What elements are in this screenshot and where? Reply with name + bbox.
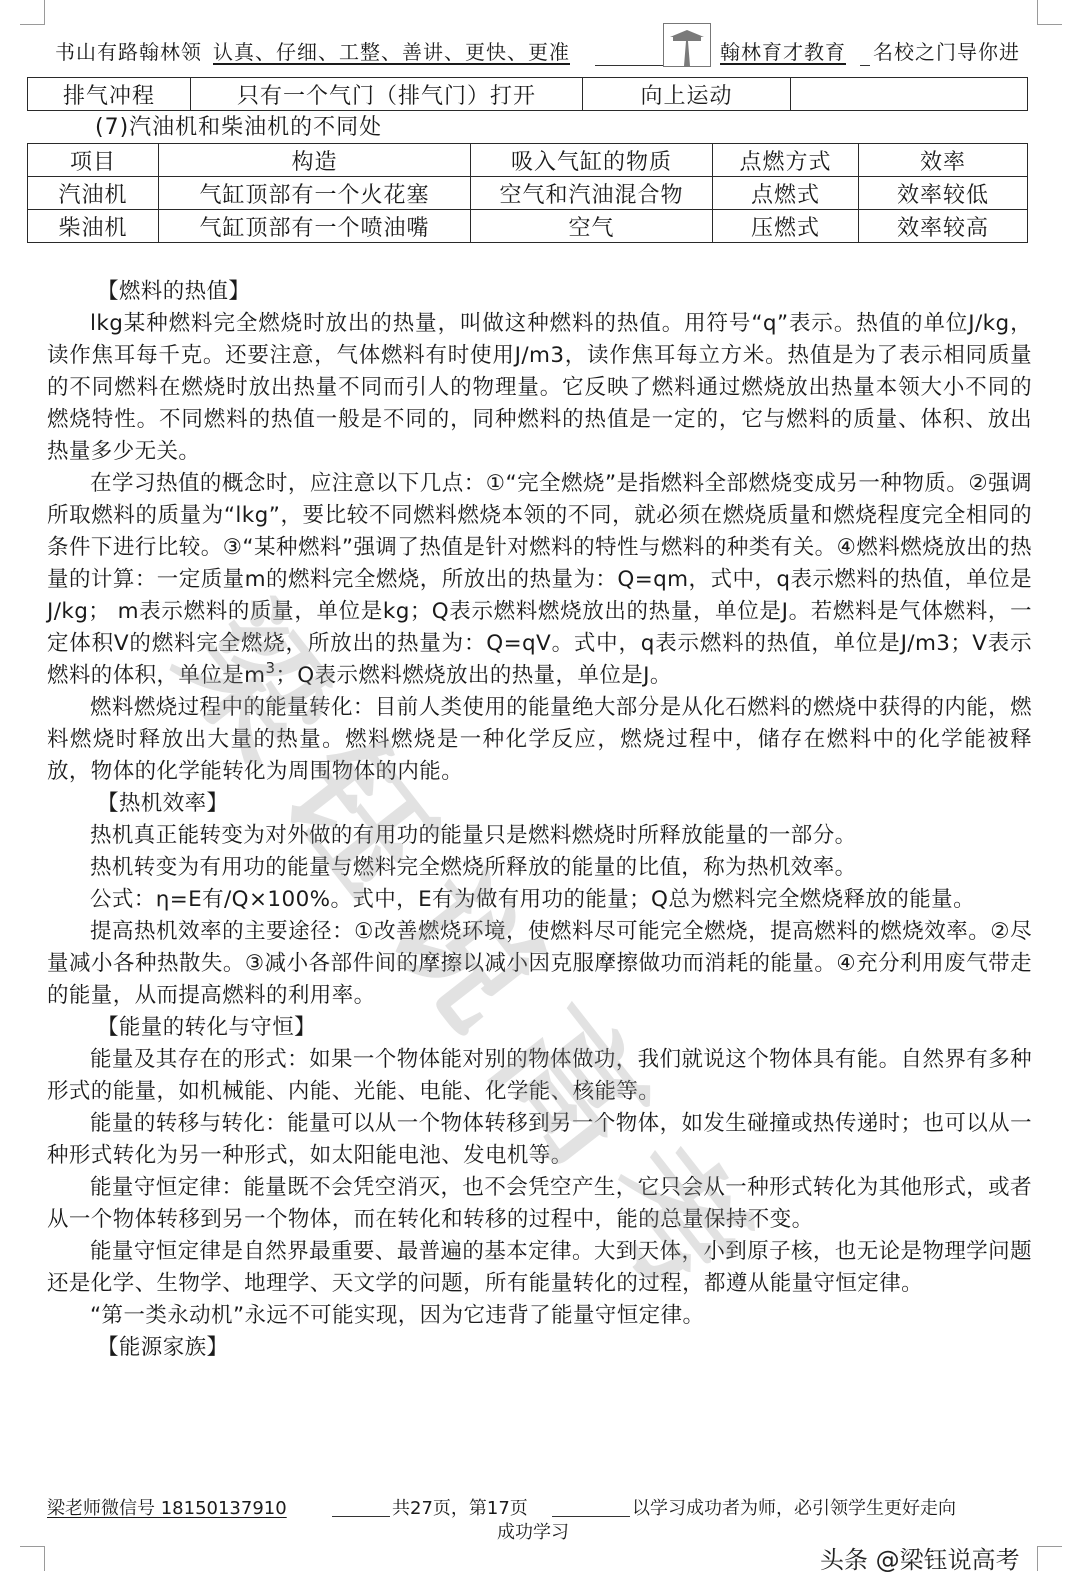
paragraph: “第一类永动机”永远不可能实现，因为它违背了能量守恒定律。 xyxy=(47,1300,1032,1332)
page-corner-mark xyxy=(1037,1546,1062,1571)
header-underline xyxy=(595,65,663,66)
section-heading-energy-family: 【能源家族】 xyxy=(47,1332,1032,1364)
section-heading-conservation: 【能量的转化与守恒】 xyxy=(47,1012,1032,1044)
section-heading-efficiency: 【热机效率】 xyxy=(47,788,1032,820)
paragraph: 热机真正能转变为对外做的有用功的能量只是燃料燃烧时所释放能量的一部分。 xyxy=(47,820,1032,852)
table-cell: 汽油机 xyxy=(28,177,159,210)
table-row: 排气冲程 只有一个气门（排气门）打开 向上运动 xyxy=(28,78,1028,111)
table-cell: 排气冲程 xyxy=(28,78,191,111)
footer-underline xyxy=(332,1516,390,1517)
column-header: 项目 xyxy=(28,144,159,177)
column-header: 吸入气缸的物质 xyxy=(471,144,713,177)
paragraph: 能量守恒定律是自然界最重要、最普遍的基本定律。大到天体，小到原子核，也无论是物理… xyxy=(47,1236,1032,1300)
table-cell: 效率较高 xyxy=(859,210,1028,243)
graduation-cap-icon xyxy=(663,23,711,67)
table-cell: 气缸顶部有一个火花塞 xyxy=(159,177,471,210)
table-cell: 点燃式 xyxy=(713,177,859,210)
header-left-text: 书山有路翰林领 xyxy=(55,36,202,65)
exhaust-stroke-table: 排气冲程 只有一个气门（排气门）打开 向上运动 xyxy=(27,77,1028,111)
table-cell: 只有一个气门（排气门）打开 xyxy=(191,78,583,111)
document-body: 【燃料的热值】 lkg某种燃料完全燃烧时放出的热量，叫做这种燃料的热值。用符号“… xyxy=(47,276,1032,1364)
table-cell: 空气 xyxy=(471,210,713,243)
watermark-credit: 头条 @梁钰说高考 xyxy=(820,1540,1020,1575)
section-heading-heat-value: 【燃料的热值】 xyxy=(47,276,1032,308)
footer-slogan: 以学习成功者为师，必引领学生更好走向 xyxy=(632,1494,956,1520)
table-row: 柴油机 气缸顶部有一个喷油嘴 空气 压燃式 效率较高 xyxy=(28,210,1028,243)
paragraph: 提高热机效率的主要途径：①改善燃烧环境，使燃料尽可能完全燃烧，提高燃料的燃烧效率… xyxy=(47,916,1032,1012)
table-cell: 气缸顶部有一个喷油嘴 xyxy=(159,210,471,243)
header-brand: 翰林育才教育 xyxy=(720,36,846,65)
table-cell: 柴油机 xyxy=(28,210,159,243)
column-header: 点燃方式 xyxy=(713,144,859,177)
section-subtitle: (7)汽油机和柴油机的不同处 xyxy=(95,110,382,141)
page-corner-mark xyxy=(20,1546,45,1571)
table-cell: 压燃式 xyxy=(713,210,859,243)
footer-slogan-continued: 成功学习 xyxy=(497,1518,569,1544)
page-corner-mark xyxy=(20,0,45,25)
footer-page-info: 共27页，第17页 xyxy=(392,1494,528,1520)
table-header-row: 项目 构造 吸入气缸的物质 点燃方式 效率 xyxy=(28,144,1028,177)
page-header: 书山有路翰林领 认真、仔细、工整、善讲、更快、更准 翰林育才教育 名校之门导你进 xyxy=(55,36,1035,68)
header-underline xyxy=(860,65,870,66)
paragraph: 公式：η=E有/Q×100%。式中，E有为做有用功的能量；Q总为燃料完全燃烧释放… xyxy=(47,884,1032,916)
paragraph: lkg某种燃料完全燃烧时放出的热量，叫做这种燃料的热值。用符号“q”表示。热值的… xyxy=(47,308,1032,468)
paragraph: 在学习热值的概念时，应注意以下几点：①“完全燃烧”是指燃料全部燃烧变成另一种物质… xyxy=(47,468,1032,692)
header-slogan: 名校之门导你进 xyxy=(873,36,1020,65)
engine-comparison-table: 项目 构造 吸入气缸的物质 点燃方式 效率 汽油机 气缸顶部有一个火花塞 空气和… xyxy=(27,143,1028,243)
paragraph: 热机转变为有用功的能量与燃料完全燃烧所释放的能量的比值，称为热机效率。 xyxy=(47,852,1032,884)
page-corner-mark xyxy=(1037,0,1062,25)
paragraph: 能量的转移与转化：能量可以从一个物体转移到另一个物体，如发生碰撞或热传递时；也可… xyxy=(47,1108,1032,1172)
table-row: 汽油机 气缸顶部有一个火花塞 空气和汽油混合物 点燃式 效率较低 xyxy=(28,177,1028,210)
table-cell: 空气和汽油混合物 xyxy=(471,177,713,210)
column-header: 效率 xyxy=(859,144,1028,177)
footer-underline xyxy=(552,1516,630,1517)
paragraph: 能量守恒定律：能量既不会凭空消灭，也不会凭空产生，它只会从一种形式转化为其他形式… xyxy=(47,1172,1032,1236)
column-header: 构造 xyxy=(159,144,471,177)
table-cell: 向上运动 xyxy=(583,78,791,111)
footer-contact: 梁老师微信号 18150137910 xyxy=(47,1494,287,1520)
paragraph: 能量及其存在的形式：如果一个物体能对别的物体做功，我们就说这个物体具有能。自然界… xyxy=(47,1044,1032,1108)
paragraph: 燃料燃烧过程中的能量转化：目前人类使用的能量绝大部分是从化石燃料的燃烧中获得的内… xyxy=(47,692,1032,788)
table-cell: 效率较低 xyxy=(859,177,1028,210)
table-cell xyxy=(791,78,1028,111)
header-motto: 认真、仔细、工整、善讲、更快、更准 xyxy=(213,36,570,65)
